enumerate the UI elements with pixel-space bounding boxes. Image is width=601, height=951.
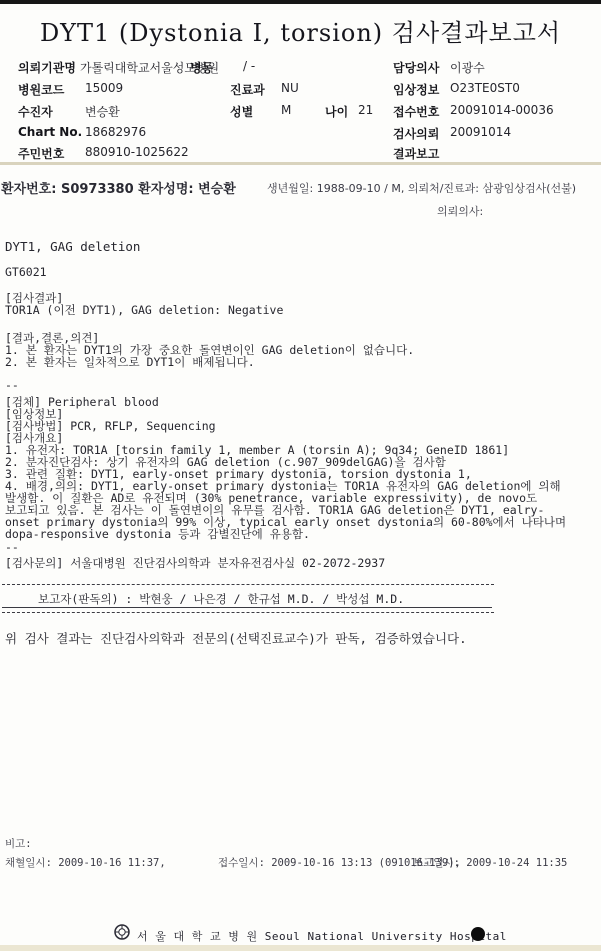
doctor-value: 이광수 [450,59,485,76]
ward-label: 병동 [190,59,213,76]
collection-datetime: 채혈일시: 2009-10-16 11:37, [5,855,166,870]
resident-no-label: 주민번호 [18,145,64,162]
examinee-value: 변승환 [85,103,120,120]
department-value: NU [281,81,299,95]
clinical-info-value: O23TE0ST0 [450,81,520,95]
result-line: TOR1A (이전 DYT1), GAG deletion: Negative [5,302,283,318]
scan-bottom-edge [0,945,601,951]
examinee-label: 수진자 [18,103,53,120]
test-request-label: 검사의뢰 [393,125,439,142]
sex-value: M [281,103,291,117]
report-title: DYT1 (Dystonia I, torsion) 검사결과보고서 [0,13,601,48]
conclusion-line-2: 2. 본 환자는 일차적으로 DYT1이 배제됩니다. [5,354,255,370]
requesting-org-label: 의뢰기관명 [18,59,76,76]
scan-top-edge [0,0,601,4]
doctor-label: 담당의사 [393,59,439,76]
age-value: 21 [358,103,373,117]
clinical-info-label: 임상정보 [393,81,439,98]
snuh-logo-icon [114,924,130,944]
ward-value: / - [243,59,255,73]
overview-line-8: dopa-responsive dystonia 등과 감별진단에 유용함. [5,526,310,542]
hospital-code-value: 15009 [85,81,123,95]
result-report-label: 결과보고 [393,145,439,162]
test-request-value: 20091014 [450,125,511,139]
receipt-no-value: 20091014-00036 [450,103,554,117]
chart-no-label: Chart No. [18,125,82,139]
hospital-code-label: 병원코드 [18,81,64,98]
verification-line: 위 검사 결과는 진단검사의학과 전문의(선택진료교수)가 판독, 검증하였습니… [5,629,467,647]
test-name: DYT1, GAG deletion [5,239,140,254]
reporters-underline [2,607,492,608]
patient-ids: 환자번호: S0973380 환자성명: 변승환 [1,178,236,197]
receipt-no-label: 접수번호 [393,103,439,120]
footer-hospital-name: 서 울 대 학 교 병 원 Seoul National University … [137,928,507,944]
inquiry-line: [검사문의] 서울대병원 진단검사의학과 분자유전검사실 02-2072-293… [5,555,385,571]
separator-1: -- [5,378,19,392]
reporters-line: 보고자(판독의) : 박현웅 / 나은경 / 한규섭 M.D. / 박성섭 M.… [38,591,404,607]
age-label: 나이 [325,103,348,120]
chart-no-value: 18682976 [85,125,146,139]
report-datetime: 보고일시: 2009-10-24 11:35 [413,855,567,870]
sex-label: 성별 [230,103,253,120]
resident-no-value: 880910-1025622 [85,145,189,159]
reporters-top-dashed-line [2,584,494,585]
patient-birth-referrer: 생년월일: 1988-09-10 / M, 의뢰처/진료과: 삼광임상검사(선불… [267,180,576,196]
department-label: 진료과 [230,81,265,98]
header-separator-band [0,162,601,165]
remarks-label: 비고: [5,836,32,851]
requesting-doctor-label: 의뢰의사: [437,203,483,219]
reporters-bottom-dashed-line [2,612,494,613]
test-code: GT6021 [5,265,47,279]
black-dot-mark [471,927,485,941]
separator-2: -- [5,540,19,554]
